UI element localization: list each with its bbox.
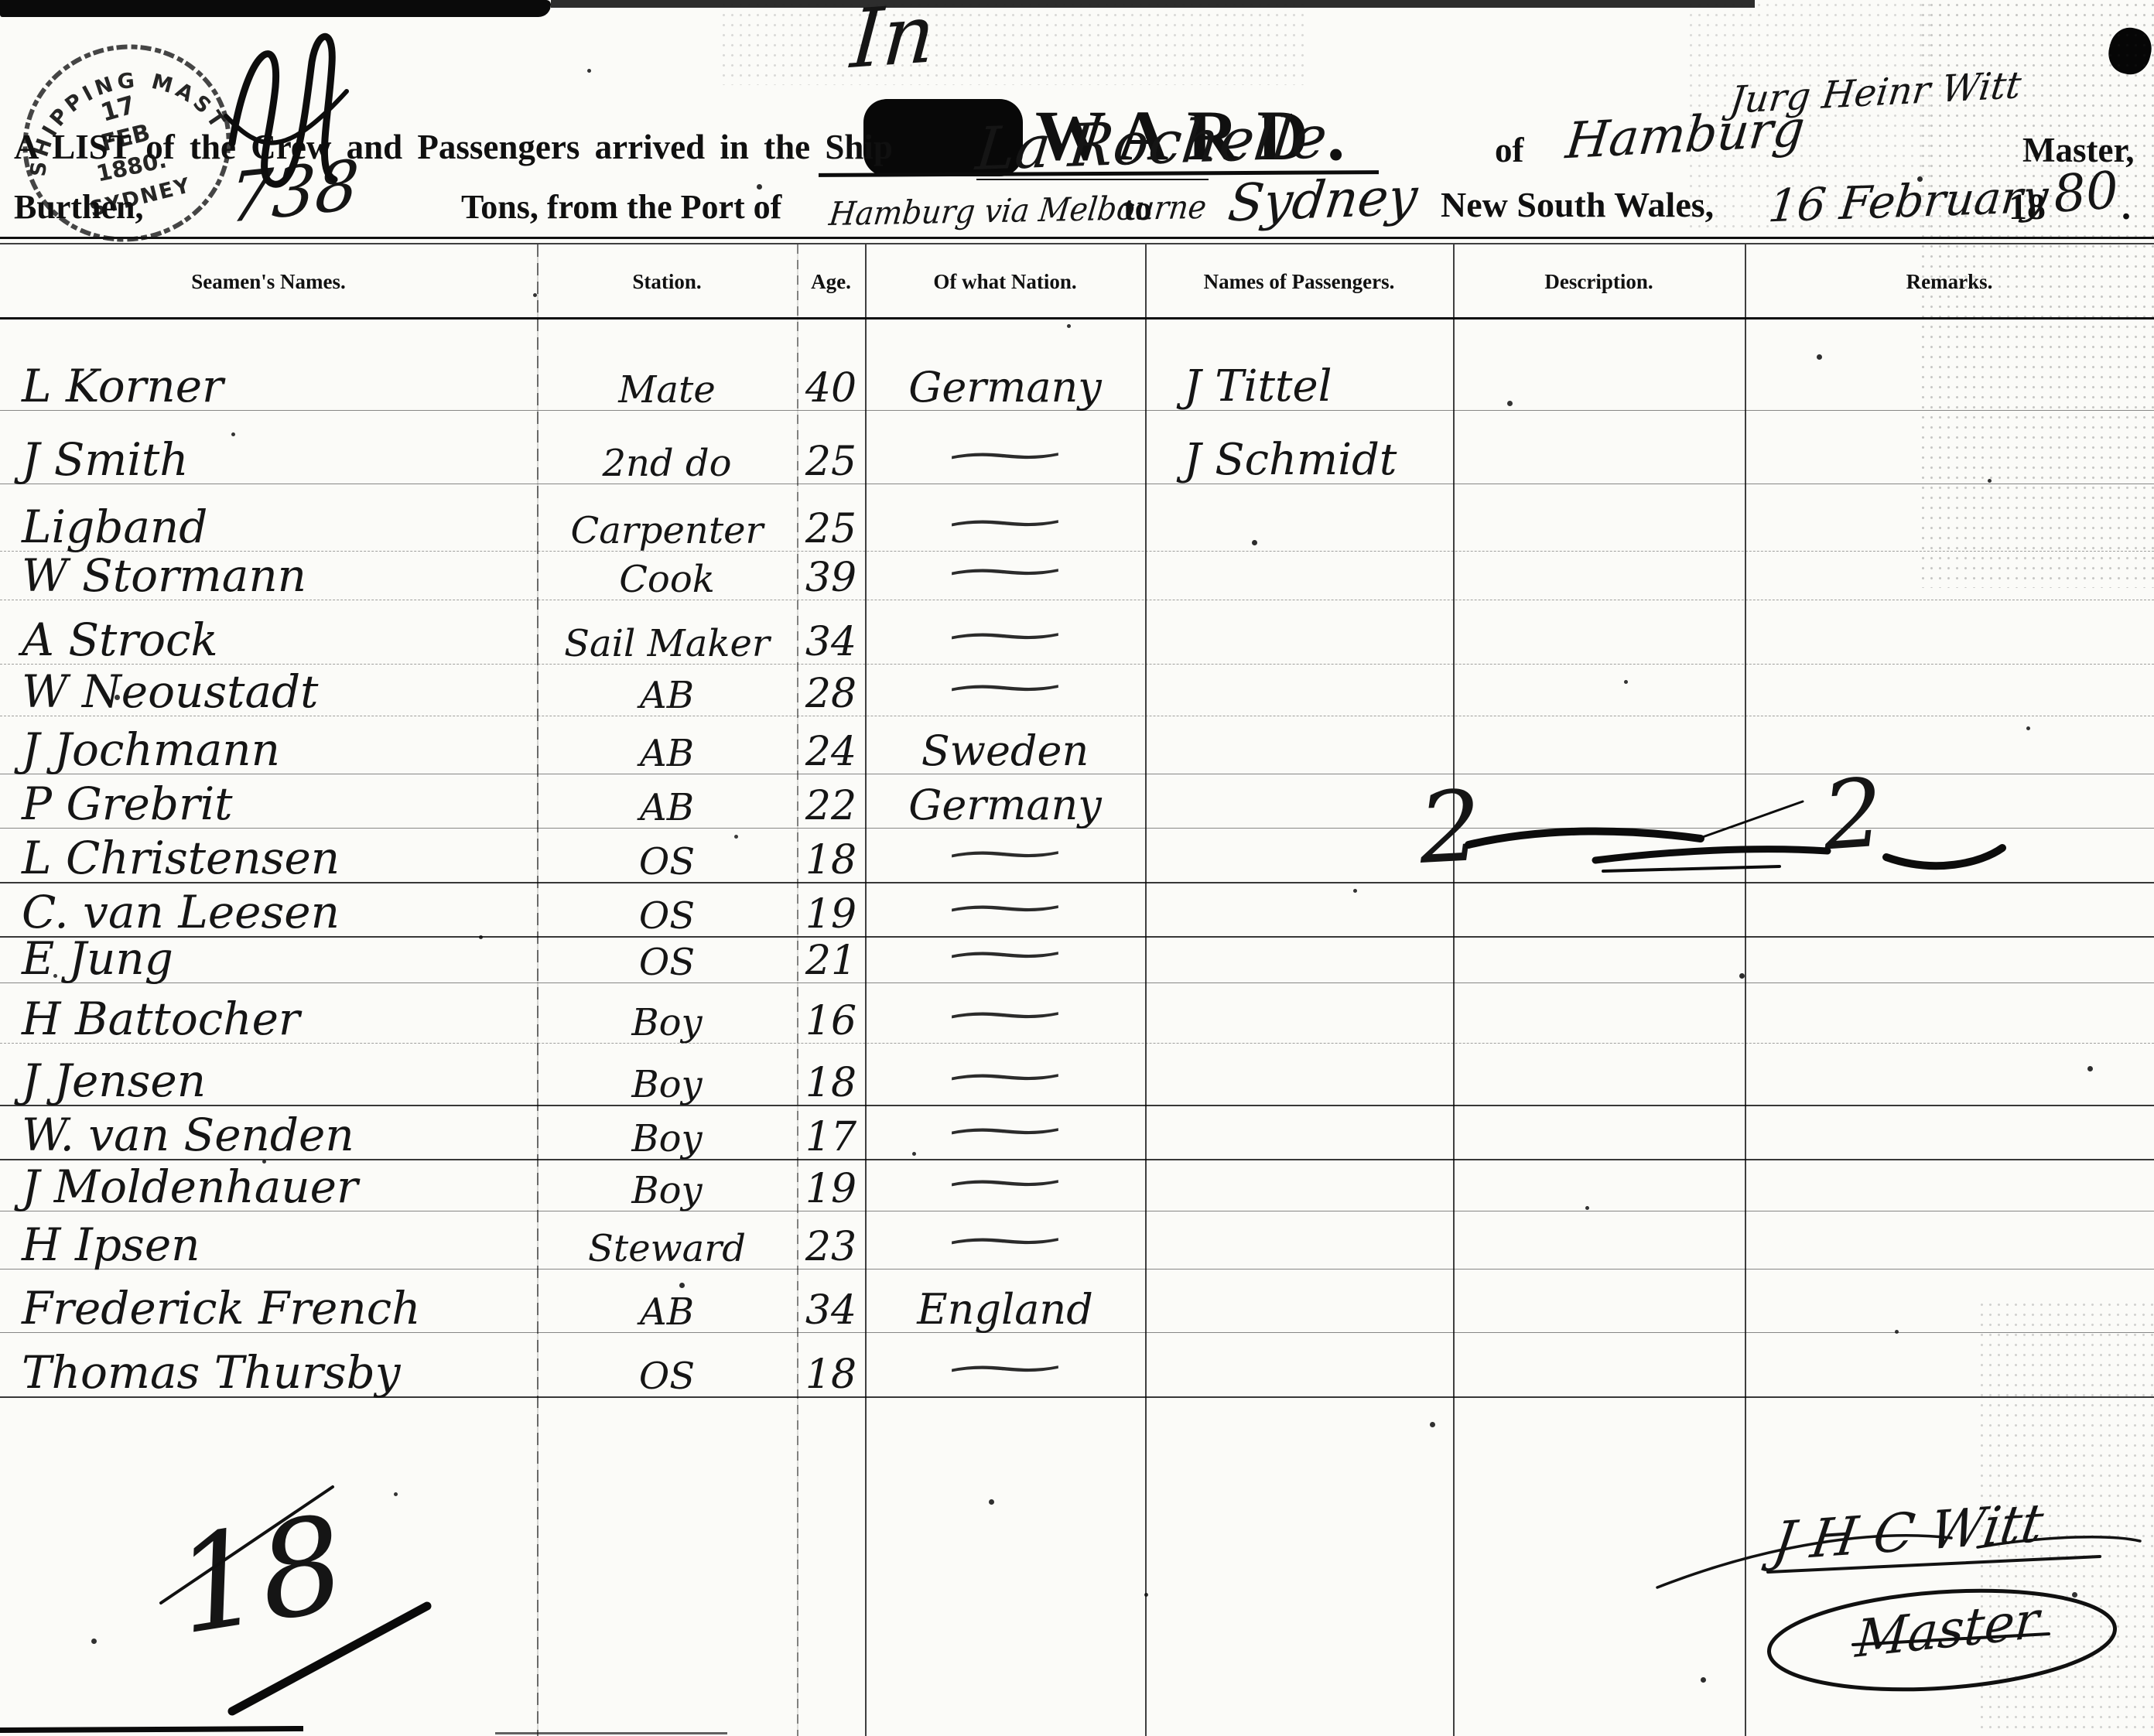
nation: Germany xyxy=(865,367,1145,408)
table-rule xyxy=(0,317,2154,320)
column-header-seamen-names: Seamen's Names. xyxy=(0,246,537,317)
list-heading: A LIST of the Crew and Passengers arrive… xyxy=(14,127,893,167)
column-header-station: Station. xyxy=(537,246,797,317)
column-header-passengers: Names of Passengers. xyxy=(1145,246,1453,317)
column-header-nation: Of what Nation. xyxy=(865,246,1145,317)
column-header-age: Age. xyxy=(797,246,865,317)
passenger-name: J Tittel xyxy=(1184,365,1453,408)
table-row: Thomas Thursby OS 18 ~ xyxy=(0,1323,2154,1398)
master-signature-title: Master xyxy=(1854,1590,2041,1669)
station: Mate xyxy=(537,371,797,408)
nation-ditto: ~ xyxy=(389,1348,1622,1387)
of-label: of xyxy=(1495,130,1524,170)
year-printed: 18 xyxy=(2009,186,2046,228)
scan-noise xyxy=(0,0,2,2)
passenger-name: J Schmidt xyxy=(1184,439,1453,482)
column-header-remarks: Remarks. xyxy=(1745,246,2154,317)
scan-edge-artifact xyxy=(551,0,1755,8)
nation-ditto: ~ xyxy=(389,552,1622,590)
table-row: Frederick French AB 34 England xyxy=(0,1259,2154,1333)
age: 40 xyxy=(794,368,868,408)
port-of-arrival: Sydney xyxy=(1225,167,1421,234)
ink-blot xyxy=(2104,23,2154,78)
period: . xyxy=(2122,186,2131,228)
tons-label: Tons, from the Port of xyxy=(461,187,781,227)
burthen-label: Burthen, xyxy=(14,187,143,227)
inward-script-word: In xyxy=(848,0,938,87)
scan-edge-artifact xyxy=(495,1732,727,1734)
nation-ditto: ~ xyxy=(389,935,1622,973)
tonnage-value: 738 xyxy=(227,145,361,239)
master-signature: J H C Witt xyxy=(1769,1492,2047,1573)
scan-edge-artifact xyxy=(0,0,551,17)
port-of-registry: Hamburg xyxy=(1563,101,1807,171)
crew-count-annotation: 18 xyxy=(166,1487,355,1664)
description-scrawl-2: 2 xyxy=(1416,769,1484,886)
to-label: to xyxy=(1123,189,1152,228)
table-rule xyxy=(0,243,2154,244)
scan-edge-artifact xyxy=(0,1726,303,1733)
table-row: W Stormann Cook 39 ~ xyxy=(0,526,2154,600)
table-row: J Smith 2nd do 25 ~ J Schmidt xyxy=(0,410,2154,484)
scan-noise xyxy=(720,0,1308,85)
colony-label: New South Wales, xyxy=(1441,184,1714,225)
ship-manifest-page: SHIPPING MASTER 17 FEB 1880. SYDNEY In W… xyxy=(0,0,2154,1736)
column-header-description: Description. xyxy=(1453,246,1745,317)
year-script: 80 xyxy=(2051,160,2120,224)
nation-ditto: ~ xyxy=(389,1221,1622,1259)
table-rule xyxy=(0,237,2154,239)
table-row: L Korner Mate 40 Germany J Tittel xyxy=(0,337,2154,411)
remarks-scrawl-2: 2 xyxy=(1819,757,1886,871)
nation-ditto: ~ xyxy=(389,995,1622,1034)
strike-line xyxy=(976,179,1209,180)
seaman-name: L Korner xyxy=(22,364,532,408)
